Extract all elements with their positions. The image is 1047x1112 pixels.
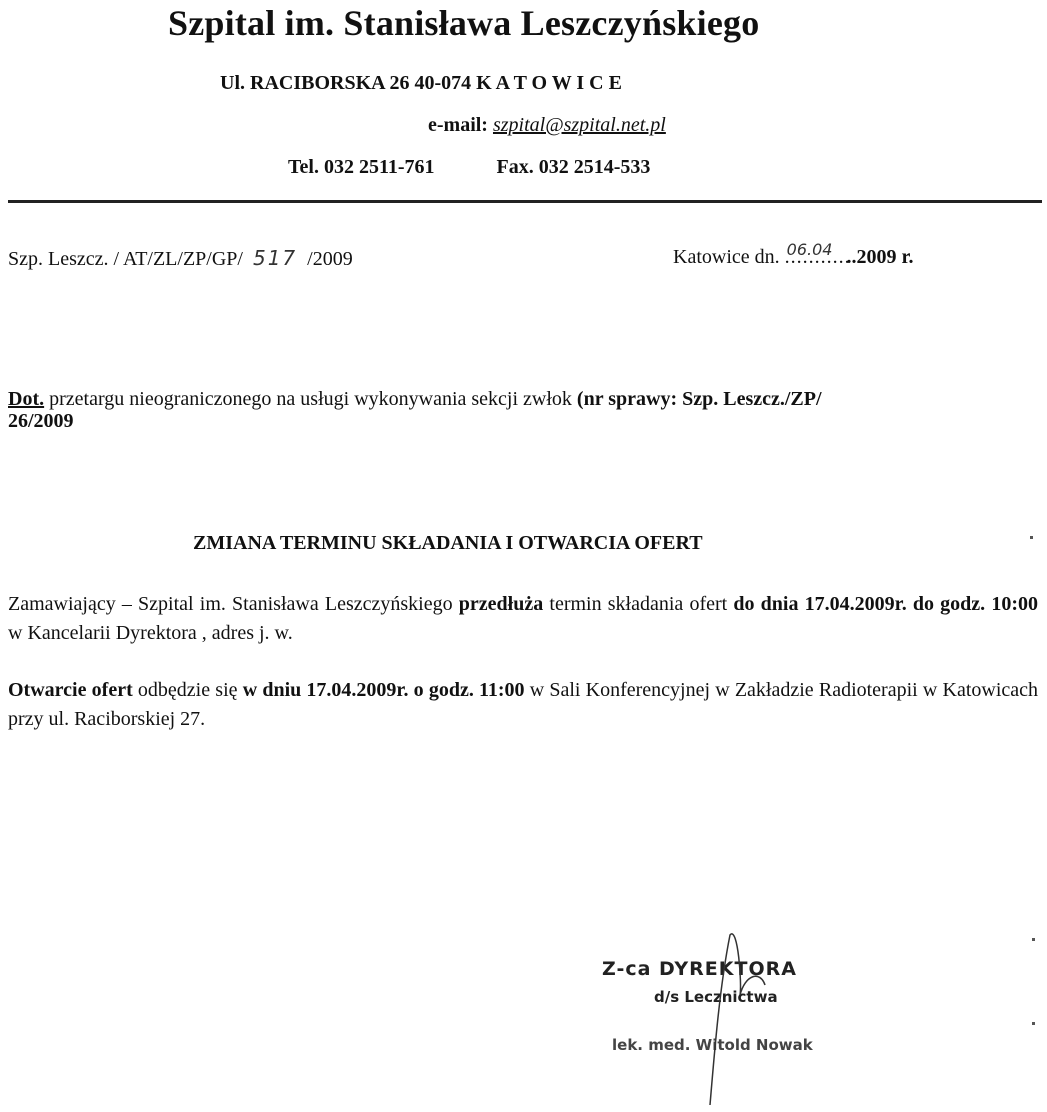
case-number-continued: 26/2009	[8, 410, 74, 433]
header-divider	[8, 200, 1042, 203]
signature	[690, 925, 770, 1112]
email-label: e-mail:	[428, 114, 488, 136]
deadline: do dnia 17.04.2009r. do godz. 10:00	[733, 593, 1038, 615]
fax-number: Fax. 032 2514-533	[497, 156, 651, 178]
notice-heading: ZMIANA TERMINU SKŁADANIA I OTWARCIA OFER…	[193, 532, 703, 555]
case-number: (nr sprawy: Szp. Leszcz./ZP/	[577, 388, 822, 410]
handwritten-reference: 517	[253, 246, 297, 270]
document-date: Katowice dn. ...........06.04..2009 r.	[673, 246, 914, 269]
opening-time: w dniu 17.04.2009r. o godz. 11:00	[243, 679, 525, 701]
paragraph-deadline: Zamawiający – Szpital im. Stanisława Les…	[8, 590, 1038, 648]
hospital-address: Ul. RACIBORSKA 26 40-074 K A T O W I C E	[220, 72, 622, 95]
reference-prefix: Szp. Leszcz. / AT/ZL/ZP/GP/	[8, 248, 243, 270]
scan-speck	[1030, 536, 1033, 539]
subject-label: Dot.	[8, 388, 44, 410]
bold-text: Otwarcie ofert	[8, 679, 133, 701]
email-line: e-mail: szpital@szpital.net.pl	[428, 114, 666, 137]
handwritten-date: 06.04	[787, 240, 833, 259]
text: termin składania ofert	[543, 593, 733, 615]
email-link[interactable]: szpital@szpital.net.pl	[493, 114, 666, 136]
subject-line: Dot. przetargu nieograniczonego na usług…	[8, 388, 822, 411]
tel-number: Tel. 032 2511-761	[288, 156, 435, 178]
phone-fax-line: Tel. 032 2511-761Fax. 032 2514-533	[288, 156, 650, 179]
text: odbędzie się	[133, 679, 243, 701]
subject-text: przetargu nieograniczonego na usługi wyk…	[44, 388, 577, 410]
hospital-name: Szpital im. Stanisława Leszczyńskiego	[168, 2, 759, 44]
scan-speck	[1032, 1022, 1035, 1025]
paragraph-opening: Otwarcie ofert odbędzie się w dniu 17.04…	[8, 676, 1038, 734]
date-prefix: Katowice dn.	[673, 246, 785, 268]
reference-number: Szp. Leszcz. / AT/ZL/ZP/GP/517/2009	[8, 246, 353, 271]
scan-speck	[1032, 938, 1035, 941]
date-suffix: ..2009 r.	[846, 246, 913, 268]
reference-suffix: /2009	[307, 248, 353, 270]
bold-text: przedłuża	[459, 593, 543, 615]
text: w Kancelarii Dyrektora , adres j. w.	[8, 622, 293, 644]
text: Zamawiający – Szpital im. Stanisława Les…	[8, 593, 459, 615]
